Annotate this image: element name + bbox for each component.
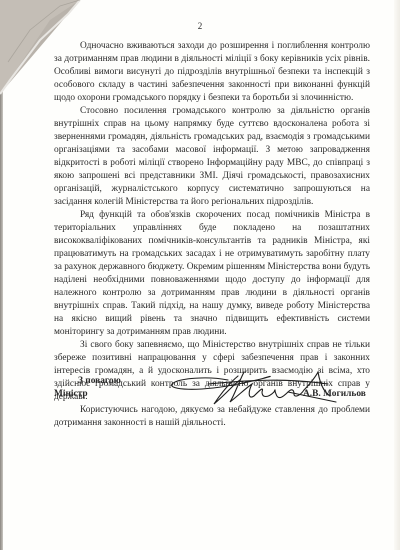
paragraph-human-rights-control: Одночасно вживаються заходи до розширенн…: [54, 40, 370, 105]
page-number: 2: [0, 21, 400, 31]
paragraph-advisors: Ряд функцій та обов'язків скорочених пос…: [54, 209, 370, 339]
signature-block: З повагою Міністр А.В. Могильов: [54, 370, 370, 420]
closing-phrase: З повагою: [78, 376, 121, 386]
signer-position: Міністр: [54, 389, 88, 399]
handwritten-signature-icon: [168, 362, 368, 412]
scan-right-edge: [394, 0, 400, 550]
document-page: 2 Одночасно вживаються заходи до розшире…: [0, 0, 400, 550]
paragraph-public-control: Стосовно посилення громадського контролю…: [54, 105, 370, 209]
signer-name: А.В. Могильов: [303, 389, 366, 399]
